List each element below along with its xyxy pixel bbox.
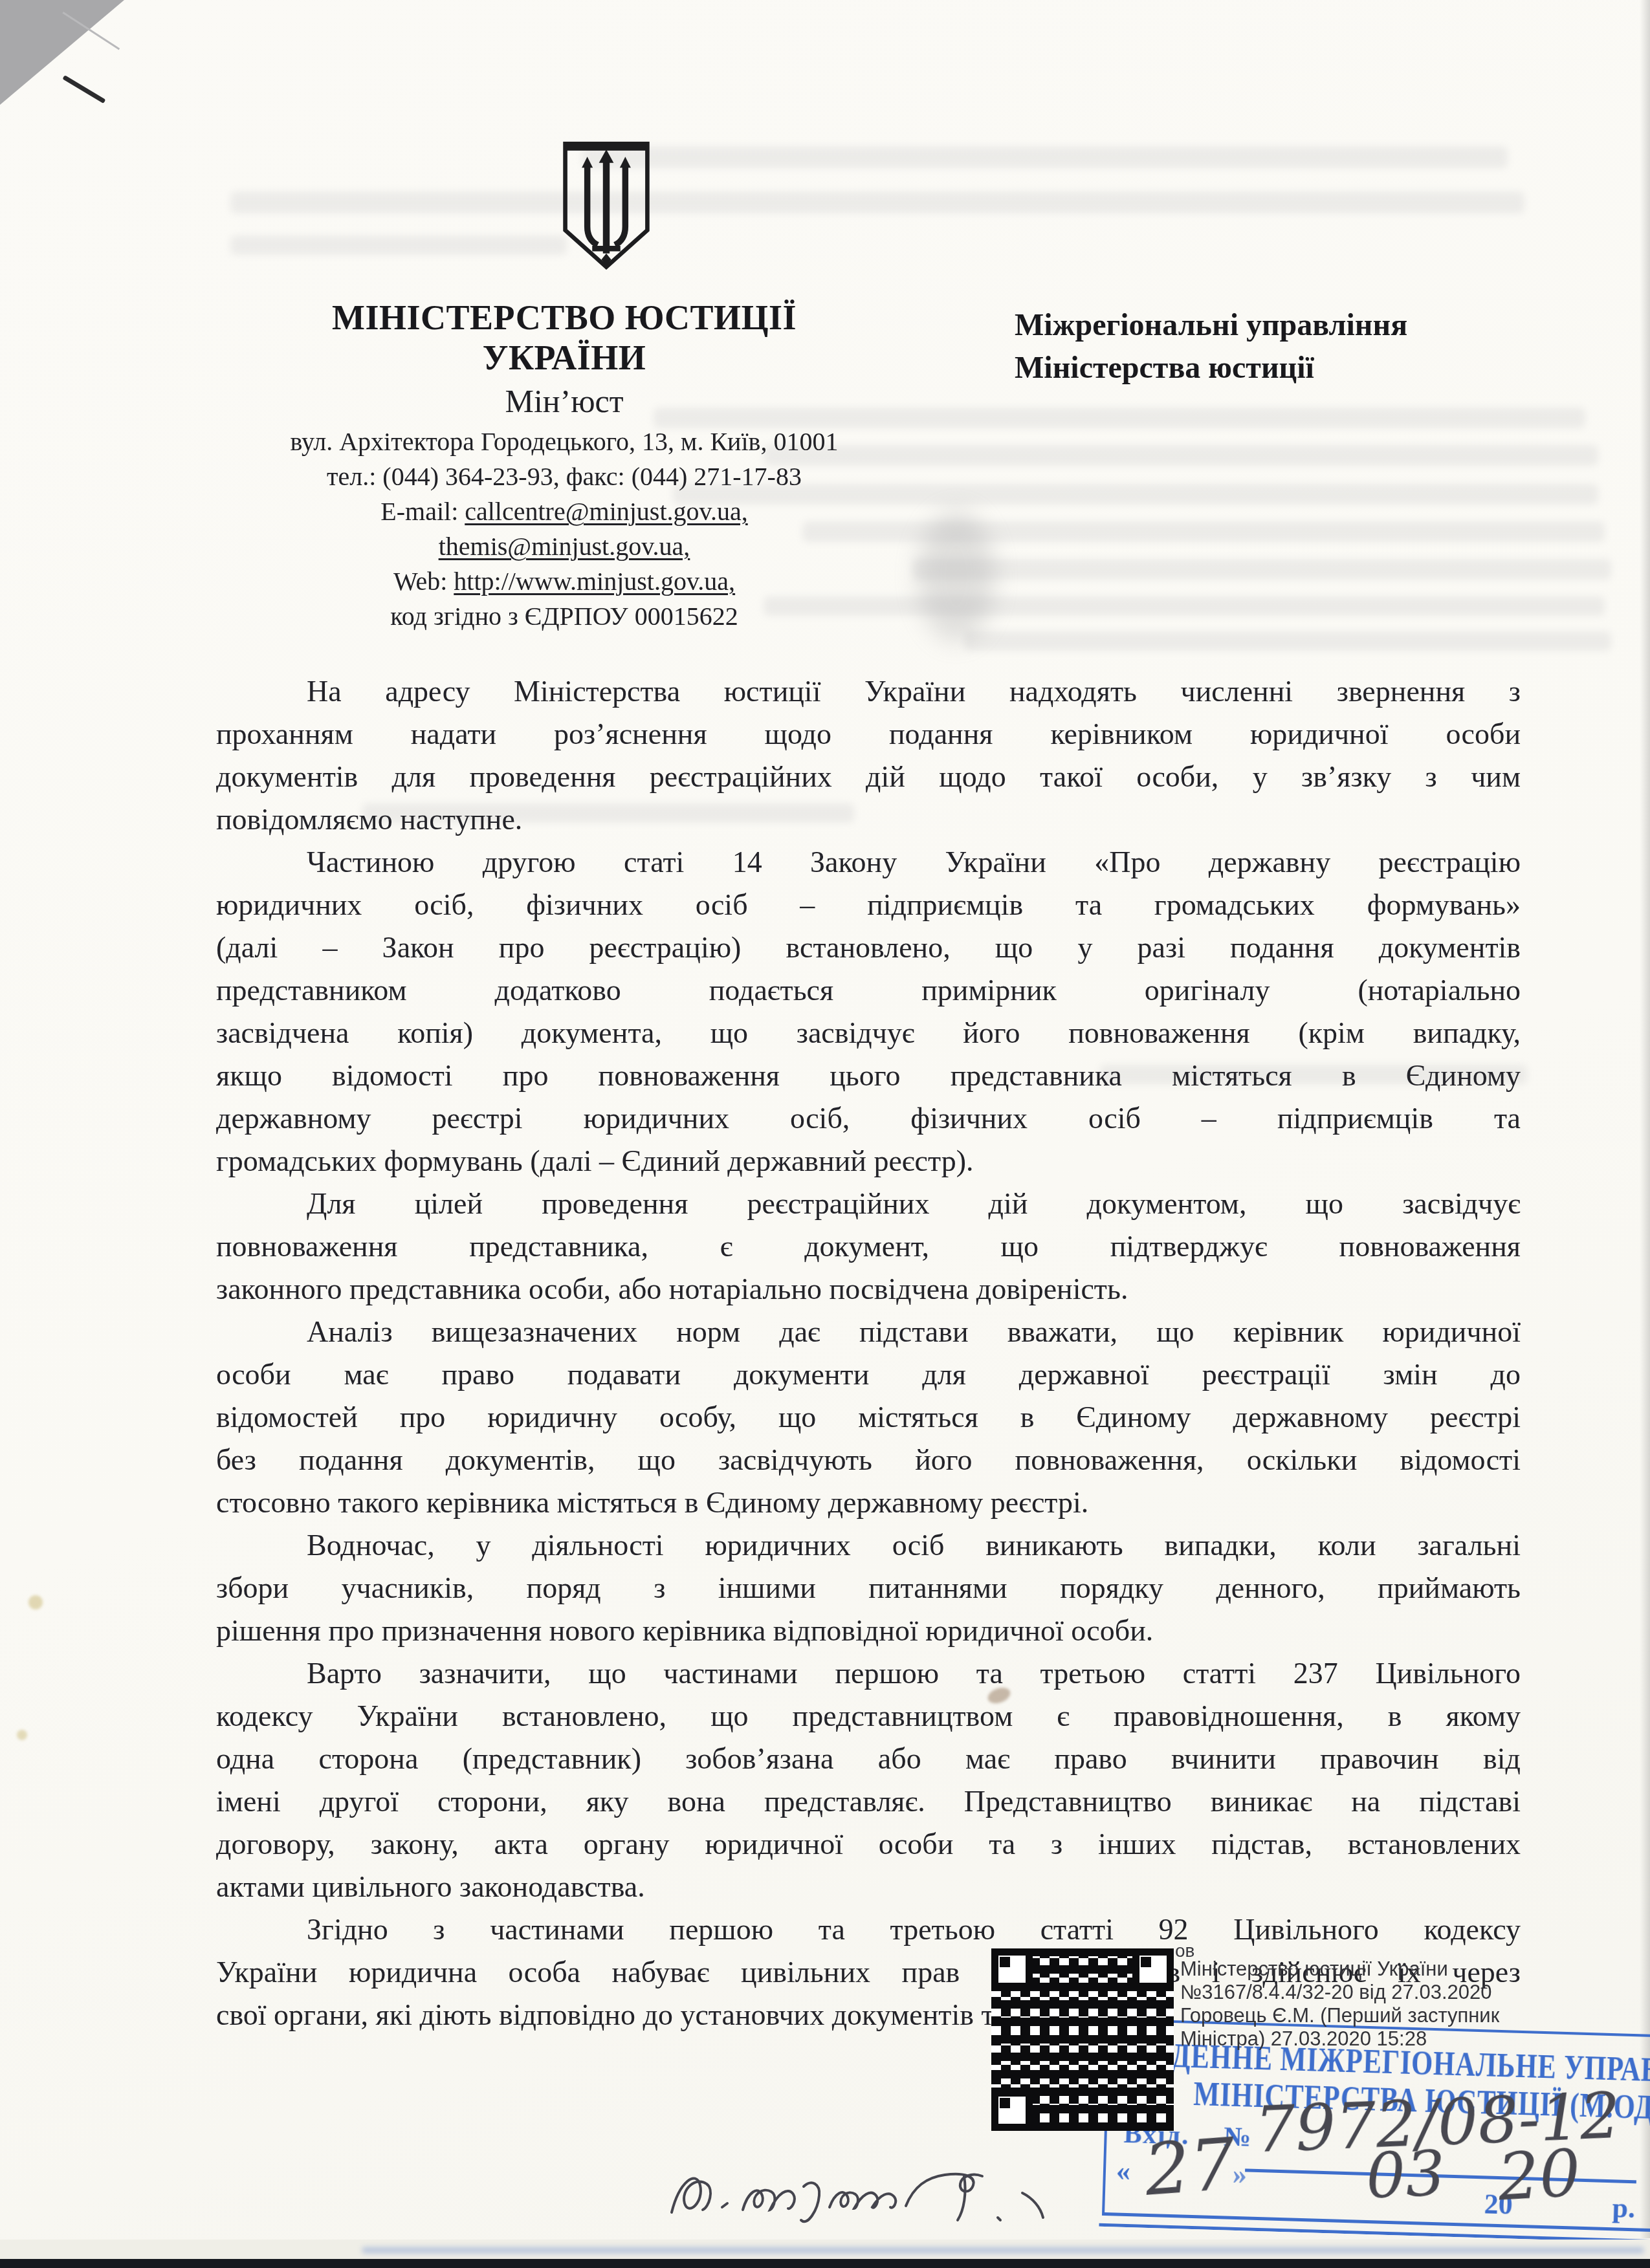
registration-number: №3167/8.4.4/32-20 від 27.03.2020 [1180, 1981, 1646, 2004]
registration-signer-line2: Міністра) 27.03.2020 15:28 [1180, 2027, 1646, 2051]
paper-stain [17, 1730, 27, 1740]
body-line: актами цивільного законодавства. [216, 1866, 1521, 1908]
org-name-line2: УКРАЇНИ [207, 338, 921, 378]
body-line: юридичних осіб, фізичних осіб – підприєм… [216, 884, 1521, 926]
body-line: Частиною другою статі 14 Закону України … [216, 841, 1521, 884]
registration-signer-line1: Горовець Є.М. (Перший заступник [1180, 2004, 1646, 2027]
scanned-letter-page: МІНІСТЕРСТВО ЮСТИЦІЇ УКРАЇНИ Мін’юст вул… [0, 0, 1650, 2268]
body-line: Водночас, у діяльності юридичних осіб ви… [216, 1524, 1521, 1567]
registration-caption: Міністерство юстиції України №3167/8.4.4… [1180, 1957, 1646, 2051]
bleed-through-text [964, 631, 1611, 651]
org-edrpou: код згідно з ЄДРПОУ 00015622 [207, 599, 921, 634]
email-label: E-mail: [380, 497, 458, 526]
email-secondary-link: themis@minjust.gov.ua, [439, 532, 690, 561]
body-line: імені другої сторони, яку вона представл… [216, 1780, 1521, 1823]
bleed-through-text [230, 191, 1524, 213]
scan-smudge [918, 510, 995, 642]
body-line: кодексу України встановлено, що представ… [216, 1695, 1521, 1738]
body-line: засвідчена копія) документа, що засвідчу… [216, 1012, 1521, 1054]
bleed-through-text [912, 559, 1611, 580]
body-line: стосовно такого керівника містяться в Єд… [216, 1481, 1521, 1524]
stamp-year-suffix: р. [1612, 2191, 1636, 2225]
staple-mark [62, 75, 105, 104]
org-email-line2: themis@minjust.gov.ua, [207, 529, 921, 564]
body-text: На адресу Міністерства юстиції України н… [216, 670, 1521, 2036]
stamp-quote-open: « [1116, 2155, 1131, 2188]
scanner-bottom-edge [0, 2259, 1650, 2268]
qr-finder-icon [991, 1948, 1033, 1990]
org-email-line1: E-mail: callcentre@minjust.gov.ua, [207, 494, 921, 529]
underlying-sheet-edge [0, 2240, 1650, 2259]
handwritten-month: 03 [1365, 2137, 1447, 2212]
body-line: одна сторона (представник) зобов’язана а… [216, 1738, 1521, 1780]
body-line: рішення про призначення нового керівника… [216, 1609, 1521, 1652]
body-line: Варто зазначити, що частинами першою та … [216, 1652, 1521, 1695]
bleed-through-text [230, 235, 567, 255]
body-line: законного представника особи, або нотарі… [216, 1268, 1521, 1311]
body-line: (далі – Закон про реєстрацію) встановлен… [216, 926, 1521, 969]
folded-corner [0, 0, 124, 105]
sender-block: МІНІСТЕРСТВО ЮСТИЦІЇ УКРАЇНИ Мін’юст вул… [207, 298, 921, 634]
handwritten-signature [660, 2148, 1074, 2251]
web-label: Web: [393, 567, 447, 596]
body-line: договору, закону, акта органу юридичної … [216, 1823, 1521, 1866]
registration-org: Міністерство юстиції України [1180, 1957, 1646, 1981]
qr-finder-icon [991, 2089, 1033, 2131]
recipient-line2: Міністерства юстиції [1015, 347, 1597, 389]
recipient-block: Міжрегіональні управління Міністерства ю… [1015, 304, 1597, 389]
body-line: без подання документів, що засвідчують й… [216, 1439, 1521, 1481]
handwritten-day: 27 [1142, 2122, 1238, 2212]
org-name-line1: МІНІСТЕРСТВО ЮСТИЦІЇ [207, 298, 921, 338]
body-line: відомостей про юридичну особу, що містят… [216, 1396, 1521, 1439]
bleed-through-text [582, 146, 1508, 168]
bleed-through-text [802, 521, 1605, 542]
body-line: проханням надати роз’яснення щодо поданн… [216, 713, 1521, 756]
body-line: представником додатково подається примір… [216, 969, 1521, 1012]
org-web-line: Web: http://www.minjust.gov.ua, [207, 564, 921, 599]
body-line: документів для проведення реєстраційних … [216, 756, 1521, 798]
body-line: На адресу Міністерства юстиції України н… [216, 670, 1521, 713]
body-line: Аналіз вищезазначених норм дає підстави … [216, 1311, 1521, 1353]
qr-finder-icon [1132, 1948, 1174, 1990]
org-phones: тел.: (044) 364-23-93, факс: (044) 271-1… [207, 459, 921, 494]
body-line: якщо відомості про повноваження цього пр… [216, 1054, 1521, 1097]
org-address: вул. Архітектора Городецького, 13, м. Ки… [207, 424, 921, 459]
body-line: особи має право подавати документи для д… [216, 1353, 1521, 1396]
scan-edge-shadow [1640, 0, 1650, 2238]
body-line: Для цілей проведення реєстраційних дій д… [216, 1183, 1521, 1225]
body-line: громадських формувань (далі – Єдиний дер… [216, 1140, 1521, 1183]
body-line: повноваження представника, є документ, щ… [216, 1225, 1521, 1268]
body-line: державному реєстрі юридичних осіб, фізич… [216, 1097, 1521, 1140]
ukraine-trident-emblem [560, 138, 652, 273]
email-primary-link: callcentre@minjust.gov.ua, [465, 497, 747, 526]
recipient-line1: Міжрегіональні управління [1015, 304, 1597, 347]
paper-stain [28, 1595, 43, 1609]
org-short-name: Мін’юст [207, 378, 921, 424]
body-line: збори учасників, поряд з іншими питанням… [216, 1567, 1521, 1609]
web-link: http://www.minjust.gov.ua, [454, 567, 735, 596]
handwritten-year: 20 [1496, 2135, 1583, 2215]
body-line: Згідно з частинами першою та третьою ста… [216, 1908, 1521, 1951]
qr-code [991, 1948, 1174, 2131]
body-line: повідомляємо наступне. [216, 798, 1521, 841]
